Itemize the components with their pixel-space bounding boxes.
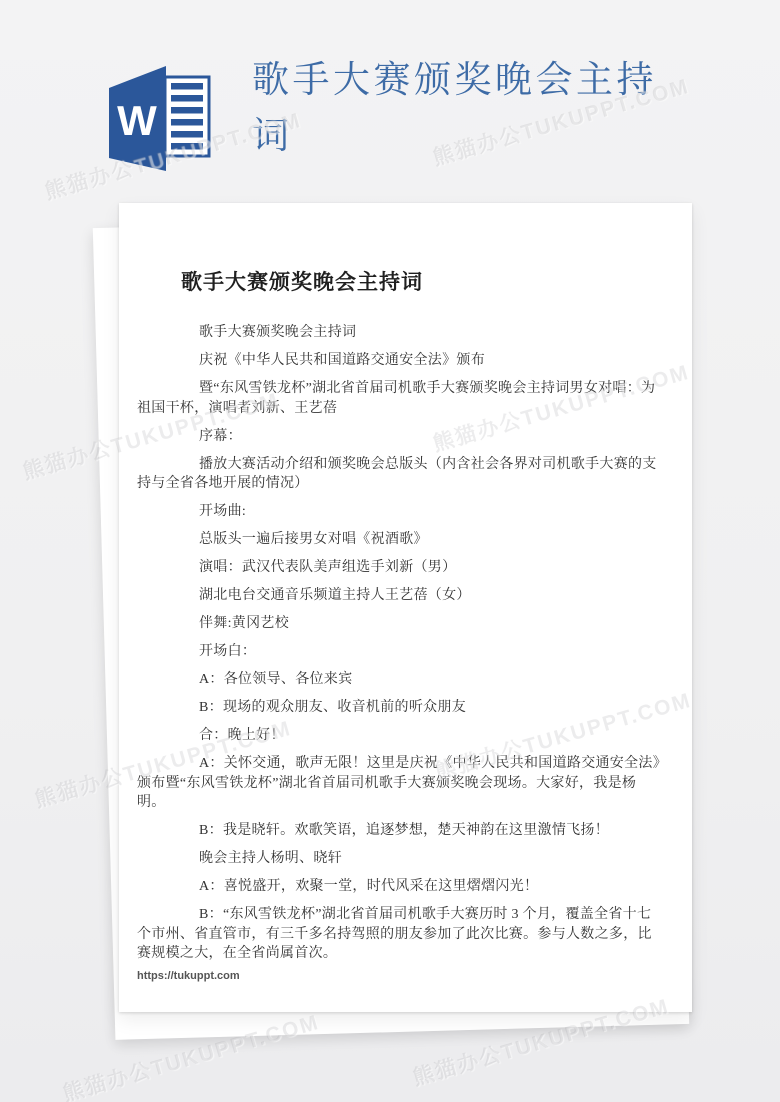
document-heading: 歌手大赛颁奖晚会主持词: [181, 267, 662, 297]
document-paragraph: 总版头一遍后接男女对唱《祝酒歌》: [137, 530, 662, 550]
document-body: 歌手大赛颁奖晚会主持词庆祝《中华人民共和国道路交通安全法》颁布暨“东风雪铁龙杯”…: [137, 323, 662, 964]
document-paragraph: 演唱：武汉代表队美声组选手刘新（男）: [137, 558, 662, 578]
document-paragraph: 合：晚上好！: [137, 726, 662, 746]
word-file-icon: W: [104, 62, 214, 174]
document-paragraph: B：“东风雪铁龙杯”湖北省首届司机歌手大赛历时 3 个月，覆盖全省十七个市州、省…: [137, 905, 662, 964]
document-paragraph: 开场曲:: [137, 502, 662, 522]
document-paragraph: 序幕：: [137, 427, 662, 447]
document-paragraph: 晚会主持人杨明、晓轩: [137, 849, 662, 869]
preview-stage: W 歌手大赛颁奖晚会主持词 歌手大赛颁奖晚会主持词 歌手大赛颁奖晚会主持词庆祝《…: [0, 0, 780, 1102]
document-footer-url: https://tukuppt.com: [137, 970, 240, 982]
document-paragraph: A：各位领导、各位来宾: [137, 670, 662, 690]
document-paragraph: 歌手大赛颁奖晚会主持词: [137, 323, 662, 343]
document-paragraph: A：关怀交通，歌声无限！这里是庆祝《中华人民共和国道路交通安全法》颁布暨“东风雪…: [137, 754, 662, 813]
document-paragraph: 暨“东风雪铁龙杯”湖北省首届司机歌手大赛颁奖晚会主持词男女对唱：为祖国干杯，演唱…: [137, 379, 662, 418]
document-paragraph: 庆祝《中华人民共和国道路交通安全法》颁布: [137, 351, 662, 371]
document-page: 歌手大赛颁奖晚会主持词 歌手大赛颁奖晚会主持词庆祝《中华人民共和国道路交通安全法…: [119, 203, 692, 1012]
document-paragraph: 播放大赛活动介绍和颁奖晚会总版头（内含社会各界对司机歌手大赛的支持与全省各地开展…: [137, 455, 662, 494]
document-page-content: 歌手大赛颁奖晚会主持词 歌手大赛颁奖晚会主持词庆祝《中华人民共和国道路交通安全法…: [119, 203, 692, 1012]
document-paragraph: A：喜悦盛开，欢聚一堂，时代风采在这里熠熠闪光！: [137, 877, 662, 897]
document-paragraph: B：我是晓轩。欢歌笑语，追逐梦想，楚天神韵在这里激情飞扬！: [137, 821, 662, 841]
word-icon-letter: W: [117, 97, 157, 144]
document-paragraph: 伴舞:黄冈艺校: [137, 614, 662, 634]
document-paragraph: 湖北电台交通音乐频道主持人王艺蓓（女）: [137, 586, 662, 606]
page-title: 歌手大赛颁奖晚会主持词: [252, 52, 682, 164]
document-paragraph: 开场白：: [137, 642, 662, 662]
document-paragraph: B：现场的观众朋友、收音机前的听众朋友: [137, 698, 662, 718]
